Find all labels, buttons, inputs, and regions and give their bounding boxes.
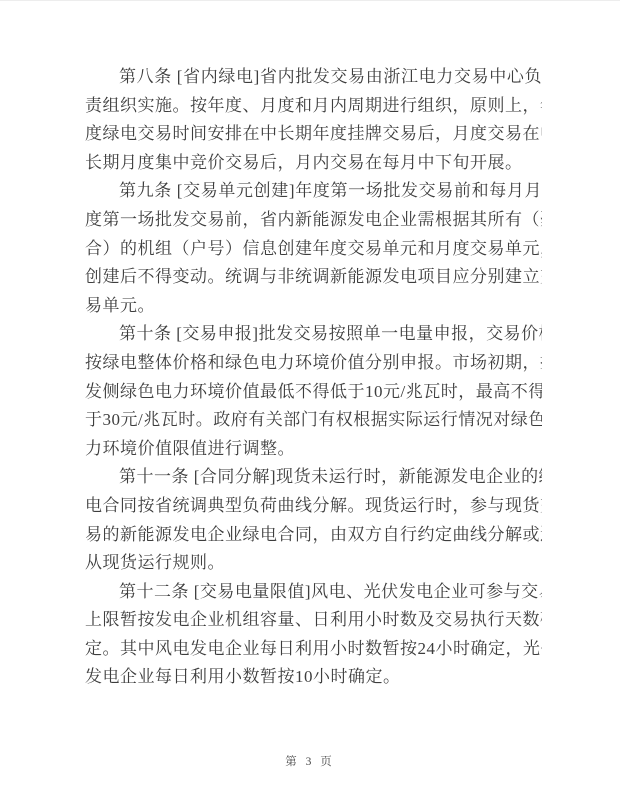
paragraph-article-9: 第九条 [交易单元创建]年度第一场批发交易前和每月月度第一场批发交易前，省内新能… bbox=[85, 177, 542, 320]
text-line: 于30元/兆瓦时。政府有关部门有权根据实际运行情况对绿色电 bbox=[85, 406, 542, 435]
text-line: 力环境价值限值进行调整。 bbox=[85, 435, 542, 464]
text-line: 创建后不得变动。统调与非统调新能源发电项目应分别建立交 bbox=[85, 263, 542, 292]
paragraph-article-8: 第八条 [省内绿电]省内批发交易由浙江电力交易中心负责组织实施。按年度、月度和月… bbox=[85, 63, 542, 177]
text-line: 按绿电整体价格和绿色电力环境价值分别申报。市场初期，批 bbox=[85, 349, 542, 378]
text-line: 易单元。 bbox=[85, 292, 542, 321]
text-line: 第十条 [交易申报]批发交易按照单一电量申报，交易价格 bbox=[85, 320, 542, 349]
text-line: 电合同按省统调典型负荷曲线分解。现货运行时，参与现货交 bbox=[85, 492, 542, 521]
page-number: 第 3 页 bbox=[0, 753, 620, 769]
text-line: 度绿电交易时间安排在中长期年度挂牌交易后，月度交易在中 bbox=[85, 120, 542, 149]
paragraph-article-12: 第十二条 [交易电量限值]风电、光伏发电企业可参与交易上限暂按发电企业机组容量、… bbox=[85, 578, 542, 692]
text-line: 度第一场批发交易前，省内新能源发电企业需根据其所有（聚 bbox=[85, 206, 542, 235]
text-line: 从现货运行规则。 bbox=[85, 549, 542, 578]
text-line: 发电企业每日利用小数暂按10小时确定。 bbox=[85, 663, 542, 692]
document-body: 第八条 [省内绿电]省内批发交易由浙江电力交易中心负责组织实施。按年度、月度和月… bbox=[85, 63, 542, 692]
paragraph-article-10: 第十条 [交易申报]批发交易按照单一电量申报，交易价格按绿电整体价格和绿色电力环… bbox=[85, 320, 542, 463]
text-line: 易的新能源发电企业绿电合同，由双方自行约定曲线分解或遵 bbox=[85, 521, 542, 550]
text-line: 合）的机组（户号）信息创建年度交易单元和月度交易单元， bbox=[85, 235, 542, 264]
text-line: 第十一条 [合同分解]现货未运行时，新能源发电企业的绿 bbox=[85, 463, 542, 492]
text-line: 定。其中风电发电企业每日利用小时数暂按24小时确定，光伏 bbox=[85, 635, 542, 664]
text-line: 第九条 [交易单元创建]年度第一场批发交易前和每月月 bbox=[85, 177, 542, 206]
text-line: 长期月度集中竞价交易后，月内交易在每月中下旬开展。 bbox=[85, 149, 542, 178]
document-page: 第八条 [省内绿电]省内批发交易由浙江电力交易中心负责组织实施。按年度、月度和月… bbox=[0, 0, 620, 791]
text-line: 发侧绿色电力环境价值最低不得低于10元/兆瓦时，最高不得高 bbox=[85, 378, 542, 407]
text-line: 第八条 [省内绿电]省内批发交易由浙江电力交易中心负 bbox=[85, 63, 542, 92]
paragraph-article-11: 第十一条 [合同分解]现货未运行时，新能源发电企业的绿电合同按省统调典型负荷曲线… bbox=[85, 463, 542, 577]
text-line: 上限暂按发电企业机组容量、日利用小时数及交易执行天数确 bbox=[85, 606, 542, 635]
text-line: 责组织实施。按年度、月度和月内周期进行组织，原则上，年 bbox=[85, 92, 542, 121]
text-line: 第十二条 [交易电量限值]风电、光伏发电企业可参与交易 bbox=[85, 578, 542, 607]
